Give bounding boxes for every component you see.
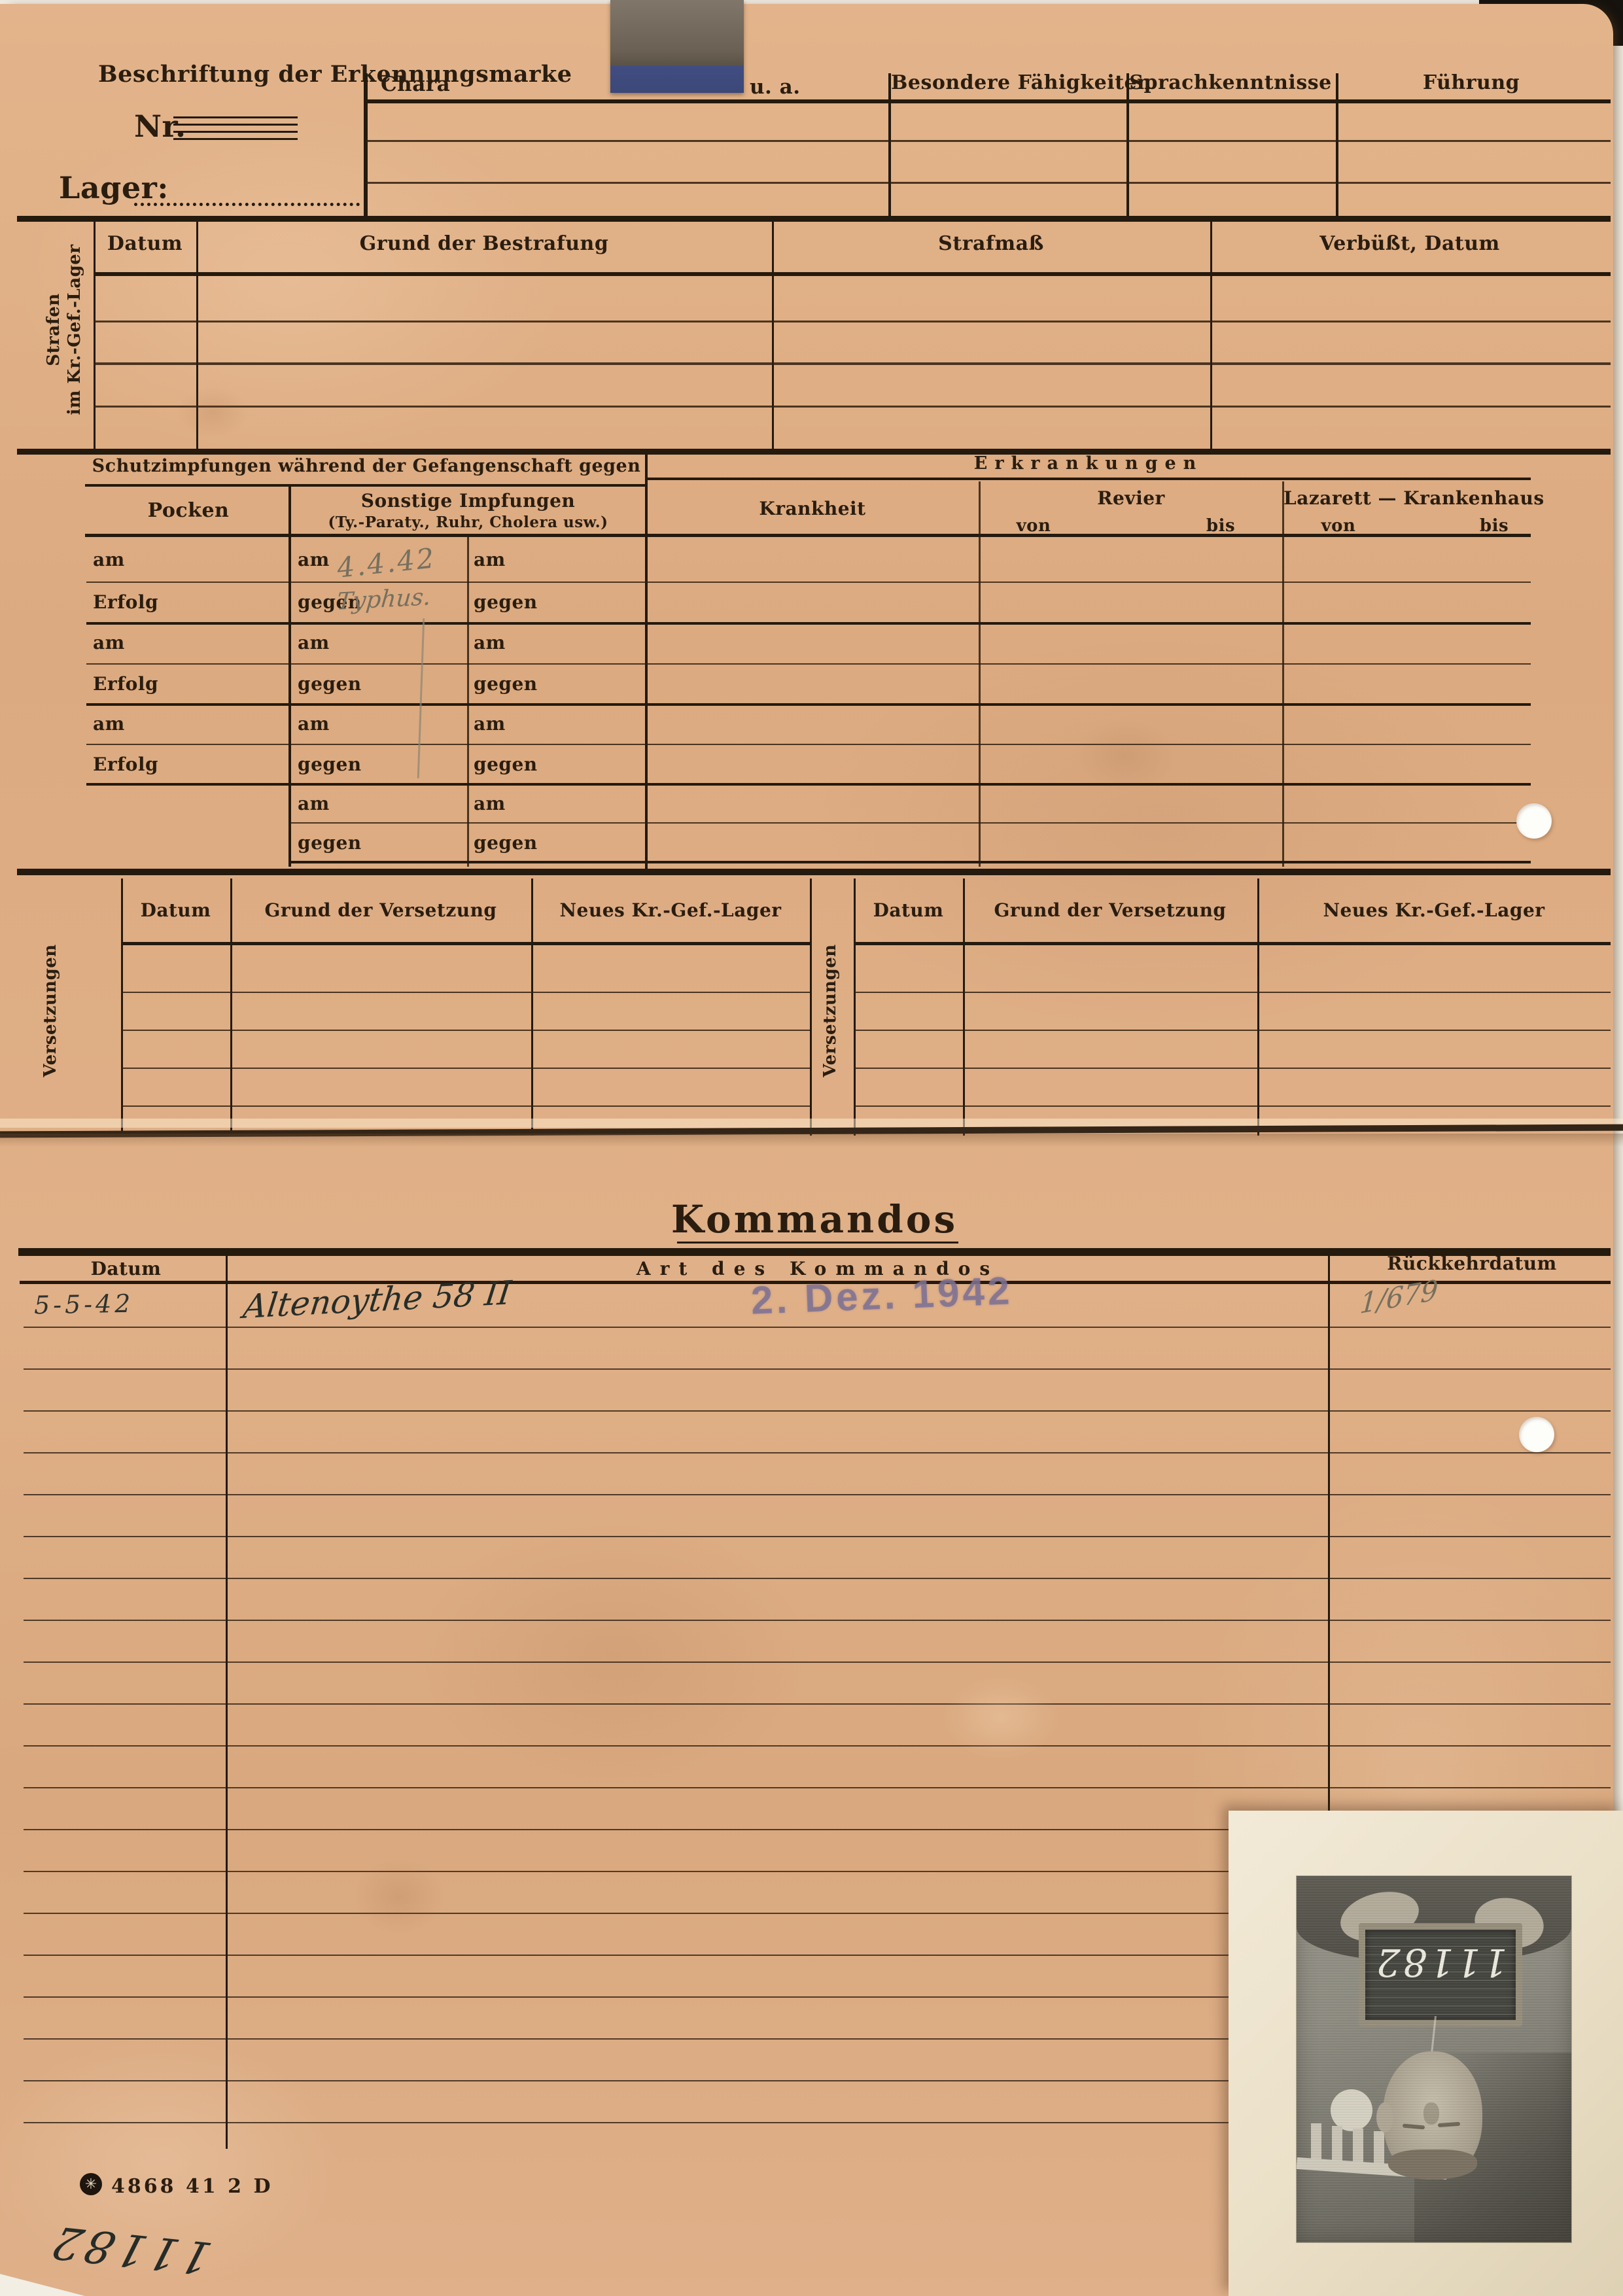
versetzungen-left-side-label: Versetzungen: [41, 913, 63, 1109]
impf-row-label: am: [93, 714, 125, 734]
ear: [1376, 2102, 1393, 2132]
title-flourish-line: [677, 1242, 958, 1244]
table-line: [86, 703, 288, 706]
versetzungen-right-col-lager: Neues Kr.-Gef.-Lager: [1257, 900, 1611, 920]
impf-row-label: am: [298, 549, 330, 570]
fence-post: [1311, 2123, 1321, 2164]
card-crease-shadow: [0, 1134, 1623, 1147]
right-hand: [1471, 1892, 1548, 1953]
impf-row-label: Erfolg: [93, 674, 158, 694]
impf-row-label: gegen: [474, 592, 538, 612]
traits-col-sprachkenntnisse: Sprachkenntnisse: [1128, 72, 1333, 94]
strafen-side-label-line1: Strafen: [44, 293, 63, 366]
table-line: [85, 484, 646, 487]
table-line: [94, 222, 96, 451]
versetzungen-right-col-datum: Datum: [854, 900, 963, 920]
impf-row-label: am: [474, 714, 506, 734]
lazarett-von-label: von: [1299, 517, 1378, 536]
table-line: [94, 272, 1611, 276]
table-line: [290, 663, 1531, 665]
table-line: [121, 1030, 810, 1031]
impf-row-label: gegen: [474, 833, 538, 853]
versetzungen-right-col-grund: Grund der Versetzung: [963, 900, 1257, 920]
table-line: [888, 73, 891, 216]
slate-number: 11182: [1365, 1940, 1516, 1985]
strafen-col-verbuesst: Verbüßt, Datum: [1210, 233, 1609, 255]
lager-dotted-line: [134, 175, 360, 206]
table-line: [121, 1068, 810, 1069]
table-line: [1282, 481, 1284, 867]
table-line: [772, 222, 774, 451]
impfungen-title: Schutzimpfungen während der Gefangenscha…: [88, 457, 644, 476]
table-line: [86, 744, 288, 745]
strafen-col-strafmass: Strafmaß: [772, 233, 1210, 255]
kommandos-col-rueckkehr: Rückkehrdatum: [1335, 1253, 1609, 1274]
nose-shadow: [1423, 2102, 1439, 2125]
traits-col-besondere: Besondere Fähigkeiten: [891, 72, 1124, 94]
table-line: [196, 222, 198, 451]
fence-post: [1374, 2131, 1384, 2168]
hole-punch: [1519, 1417, 1554, 1452]
table-line: [854, 992, 1611, 993]
table-line: [366, 99, 1611, 103]
kommandos-col-datum: Datum: [26, 1259, 226, 1279]
impf-row-label: am: [93, 549, 125, 570]
table-line: [366, 182, 1611, 184]
fence-rail: [1297, 2157, 1447, 2180]
impfungen-col-sonstige: Sonstige Impfungen: [290, 491, 646, 511]
impf-row-label: gegen: [474, 754, 538, 774]
impf-row-label: gegen: [298, 674, 362, 694]
slate-string: [1431, 2016, 1437, 2054]
impfungen-col-sonstige-sub: (Ty.-Paraty., Ruhr, Cholera usw.): [290, 514, 646, 531]
strafen-col-grund: Grund der Bestrafung: [196, 233, 772, 255]
erkrankungen-title: Erkrankungen: [646, 454, 1531, 474]
impf-row-label: am: [474, 793, 506, 814]
erkrankungen-col-lazarett: Lazarett — Krankenhaus: [1283, 488, 1531, 508]
table-line: [290, 582, 1531, 583]
handwritten-vaccination-against: Typhus.: [336, 583, 432, 616]
number-slate: 11182: [1359, 1923, 1522, 2026]
table-line: [86, 783, 288, 786]
traits-col1-fragment-right: u. a.: [750, 76, 801, 99]
strafen-side-label: Strafen im Kr.-Gef.-Lager: [43, 232, 85, 428]
table-line: [854, 942, 1611, 945]
versetzungen-left-col-datum: Datum: [121, 900, 230, 920]
impf-row-label: am: [298, 793, 330, 814]
table-line: [121, 992, 810, 993]
background-object: [1331, 2089, 1372, 2131]
table-line: [1126, 73, 1129, 216]
table-line: [810, 878, 812, 1136]
prisoner-head-upside-down: [1383, 2051, 1482, 2180]
prisoner-torso: [1297, 1876, 1571, 1961]
table-line: [366, 140, 1611, 142]
table-line: [94, 362, 1611, 365]
impf-row-label: Erfolg: [93, 592, 158, 612]
table-line: [94, 321, 1611, 322]
impf-row-label: gegen: [474, 674, 538, 694]
scanned-pow-record-card: Beschriftung der Erkennungsmarke Nr. Lag…: [0, 0, 1623, 2296]
kommando-entry-datum: 5-5-42: [34, 1289, 134, 1320]
impf-row-label: Erfolg: [93, 754, 158, 774]
table-line: [288, 485, 291, 867]
fence-post: [1332, 2126, 1342, 2165]
versetzungen-left-col-lager: Neues Kr.-Gef.-Lager: [531, 900, 810, 920]
traits-col-fuehrung: Führung: [1337, 72, 1605, 94]
table-line: [121, 1105, 810, 1107]
versetzungen-right-side-label: Versetzungen: [821, 913, 843, 1109]
strafen-side-label-line2: im Kr.-Gef.-Lager: [65, 244, 84, 415]
table-line: [121, 942, 812, 945]
table-line: [290, 783, 1531, 786]
print-code: 4868 41 2 D: [111, 2176, 273, 2198]
strafen-col-datum: Datum: [94, 233, 196, 255]
table-line: [290, 744, 1531, 745]
revier-von-label: von: [994, 517, 1073, 536]
table-line: [86, 582, 288, 583]
hair: [1388, 2149, 1477, 2180]
eye: [1438, 2122, 1460, 2127]
table-line: [854, 1030, 1611, 1031]
section-divider: [17, 216, 1611, 222]
fence-post: [1353, 2129, 1363, 2166]
impf-row-label: am: [93, 633, 125, 653]
table-line: [1336, 73, 1338, 216]
erkrankungen-col-revier: Revier: [980, 488, 1282, 508]
table-line: [94, 406, 1611, 408]
photo-background-shadow: [1414, 2053, 1571, 2242]
erkrankungen-col-krankheit: Krankheit: [646, 498, 979, 519]
table-line: [467, 537, 469, 867]
impf-row-label: gegen: [298, 833, 362, 853]
impf-row-label: gegen: [298, 754, 362, 774]
eye: [1403, 2124, 1425, 2130]
table-line: [290, 622, 1531, 625]
photo-mount-card: 11182: [1229, 1811, 1623, 2296]
left-hand: [1335, 1884, 1424, 1949]
impf-row-label: am: [298, 714, 330, 734]
table-line: [290, 822, 1531, 824]
table-line: [290, 861, 1531, 863]
table-line: [854, 1105, 1611, 1107]
table-line: [86, 663, 288, 665]
file-tab: [610, 0, 744, 93]
lazarett-bis-label: bis: [1455, 517, 1533, 536]
table-line: [854, 1068, 1611, 1069]
impfungen-col-pocken: Pocken: [88, 500, 288, 522]
revier-bis-label: bis: [1181, 517, 1260, 536]
nr-ruled-lines: [173, 116, 298, 145]
table-line: [979, 481, 981, 867]
asterisk-circle-icon: [80, 2173, 102, 2195]
kommandos-title: Kommandos: [566, 1198, 1063, 1241]
versetzungen-left-col-grund: Grund der Versetzung: [230, 900, 531, 920]
impf-row-label: am: [474, 633, 506, 653]
impf-row-label: am: [298, 633, 330, 653]
table-line: [646, 478, 1531, 480]
table-line: [86, 622, 288, 625]
section-divider: [17, 869, 1611, 875]
table-line: [364, 73, 368, 220]
table-line: [1210, 222, 1212, 451]
table-line: [290, 703, 1531, 706]
impf-row-label: am: [474, 549, 506, 570]
tag-section-title: Beschriftung der Erkennungsmarke: [98, 61, 556, 87]
hole-punch: [1516, 803, 1552, 839]
traits-col1-fragment-left: Chara: [381, 73, 450, 96]
prisoner-photo-upside-down: 11182: [1297, 1876, 1571, 2242]
